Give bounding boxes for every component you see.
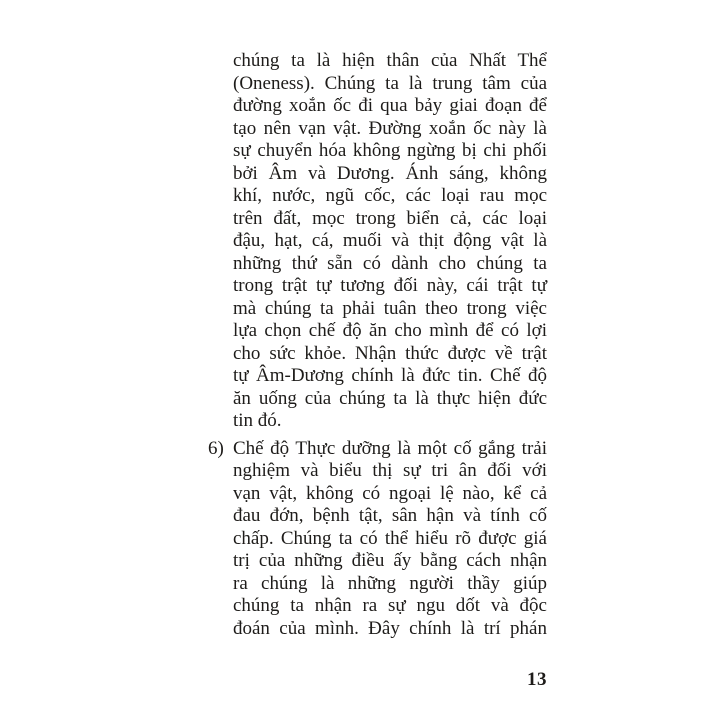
text-line: mà chúng ta phải tuân theo trong việc xyxy=(233,298,547,321)
text-line-content: trên đất, mọc trong biển cả, các loại xyxy=(233,208,547,229)
text-line: lựa chọn chế độ ăn cho mình để có lợi xyxy=(233,320,547,343)
text-column: chúng ta là hiện thân của Nhất Thể(Onene… xyxy=(233,50,547,640)
text-line-content: tạo nên vạn vật. Đường xoắn ốc này là xyxy=(233,118,547,139)
text-line: sự chuyển hóa không ngừng bị chi phối xyxy=(233,140,547,163)
text-line: đau đớn, bệnh tật, sân hận và tính cố xyxy=(233,505,547,528)
text-line-content: mà chúng ta phải tuân theo trong việc xyxy=(233,298,547,319)
text-line-content: vạn vật, không có ngoại lệ nào, kể cả xyxy=(233,483,547,504)
page-number: 13 xyxy=(527,669,547,691)
text-line-content: bởi Âm và Dương. Ánh sáng, không xyxy=(233,163,547,184)
text-line: tin đó. xyxy=(233,410,547,433)
book-page: chúng ta là hiện thân của Nhất Thể(Onene… xyxy=(0,0,720,720)
text-line: những thứ sẵn có dành cho chúng ta xyxy=(233,253,547,276)
text-line-content: ra chúng là những người thầy giúp xyxy=(233,573,547,594)
text-line-content: Chế độ Thực dưỡng là một cố gắng trải xyxy=(233,438,547,459)
text-line: tự Âm-Dương chính là đức tin. Chế độ xyxy=(233,365,547,388)
text-line: chúng ta nhận ra sự ngu dốt và độc xyxy=(233,595,547,618)
text-line: trên đất, mọc trong biển cả, các loại xyxy=(233,208,547,231)
text-line: đậu, hạt, cá, muối và thịt động vật là xyxy=(233,230,547,253)
text-line-content: chúng ta nhận ra sự ngu dốt và độc xyxy=(233,595,547,616)
text-line: chúng ta là hiện thân của Nhất Thể xyxy=(233,50,547,73)
text-line-content: lựa chọn chế độ ăn cho mình để có lợi xyxy=(233,320,547,341)
text-line: Chế độ Thực dưỡng là một cố gắng trải xyxy=(233,438,547,461)
text-line: đoán của mình. Đây chính là trí phán xyxy=(233,618,547,641)
text-line-content: trong trật tự tương đối này, cái trật tự xyxy=(233,275,547,296)
text-line-content: tự Âm-Dương chính là đức tin. Chế độ xyxy=(233,365,547,386)
list-item: 6)Chế độ Thực dưỡng là một cố gắng trảin… xyxy=(233,438,547,641)
text-line: cho sức khỏe. Nhận thức được về trật xyxy=(233,343,547,366)
text-line-content: đường xoắn ốc đi qua bảy giai đoạn để xyxy=(233,95,547,116)
text-line-content: đậu, hạt, cá, muối và thịt động vật là xyxy=(233,230,547,251)
text-line-content: đoán của mình. Đây chính là trí phán xyxy=(233,618,547,639)
text-line: chấp. Chúng ta có thể hiểu rõ được giá xyxy=(233,528,547,551)
text-line-content: chấp. Chúng ta có thể hiểu rõ được giá xyxy=(233,528,547,549)
text-line-content: những thứ sẵn có dành cho chúng ta xyxy=(233,253,547,274)
text-line: trong trật tự tương đối này, cái trật tự xyxy=(233,275,547,298)
text-line-content: nghiệm và biểu thị sự tri ân đối với xyxy=(233,460,547,481)
text-line: nghiệm và biểu thị sự tri ân đối với xyxy=(233,460,547,483)
item-number: 6) xyxy=(208,438,224,461)
list-item: chúng ta là hiện thân của Nhất Thể(Onene… xyxy=(233,50,547,433)
text-line-content: chúng ta là hiện thân của Nhất Thể xyxy=(233,50,547,71)
text-line-content: ăn uống của chúng ta là thực hiện đức xyxy=(233,388,547,409)
text-line-content: khí, nước, ngũ cốc, các loại rau mọc xyxy=(233,185,547,206)
text-line: bởi Âm và Dương. Ánh sáng, không xyxy=(233,163,547,186)
text-line-content: (Oneness). Chúng ta là trung tâm của xyxy=(233,73,547,94)
text-line: ra chúng là những người thầy giúp xyxy=(233,573,547,596)
text-line-content: tin đó. xyxy=(233,410,282,431)
text-line: trị của những điều ấy bằng cách nhận xyxy=(233,550,547,573)
text-line-content: trị của những điều ấy bằng cách nhận xyxy=(233,550,547,571)
text-line: khí, nước, ngũ cốc, các loại rau mọc xyxy=(233,185,547,208)
text-line: ăn uống của chúng ta là thực hiện đức xyxy=(233,388,547,411)
text-line: vạn vật, không có ngoại lệ nào, kể cả xyxy=(233,483,547,506)
text-line: tạo nên vạn vật. Đường xoắn ốc này là xyxy=(233,118,547,141)
text-line-content: đau đớn, bệnh tật, sân hận và tính cố xyxy=(233,505,547,526)
text-line: (Oneness). Chúng ta là trung tâm của xyxy=(233,73,547,96)
text-line-content: sự chuyển hóa không ngừng bị chi phối xyxy=(233,140,547,161)
text-line-content: cho sức khỏe. Nhận thức được về trật xyxy=(233,343,547,364)
text-line: đường xoắn ốc đi qua bảy giai đoạn để xyxy=(233,95,547,118)
